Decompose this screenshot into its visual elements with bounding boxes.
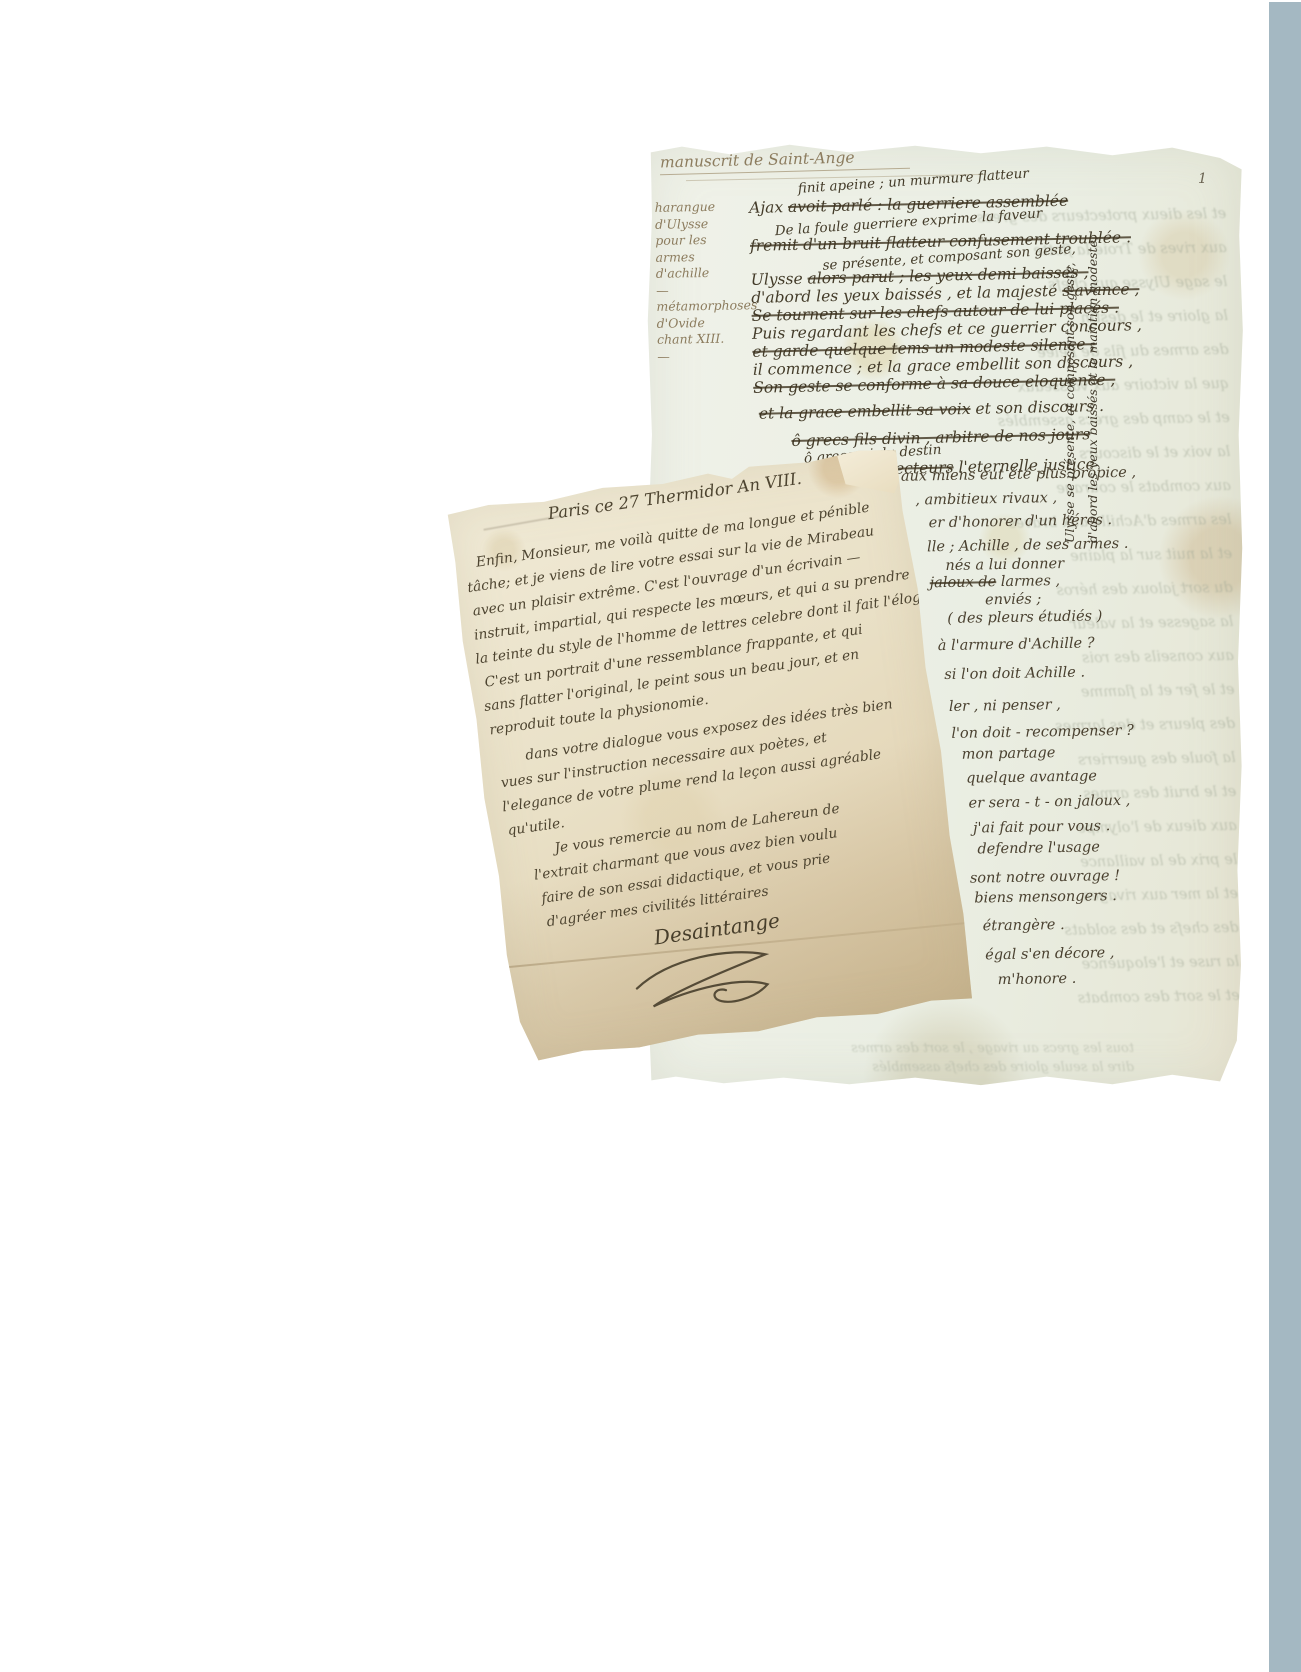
line-part: larmes ,: [996, 573, 1060, 590]
line-part: jaloux de: [930, 574, 997, 591]
line-part: j'ai fait pour vous .: [973, 818, 1111, 836]
line-part: ler , ni penser ,: [949, 697, 1061, 715]
photograph-page: et les dieux protecteurs des grecs aux r…: [0, 0, 1301, 1672]
fragment-line: mon partage: [962, 745, 1056, 763]
fragment-line: defendre l'usage: [977, 839, 1100, 857]
fragment-line: quelque avantage: [966, 768, 1097, 786]
line-part: biens mensongers .: [974, 888, 1117, 906]
fragment-line: ( des pleurs étudiés ): [947, 608, 1102, 627]
signature-flourish-icon: [625, 936, 803, 1031]
fragment-line: à l'armure d'Achille ?: [938, 635, 1095, 654]
line-part: sont notre ouvrage !: [970, 868, 1120, 887]
line-part: si l'on doit Achille .: [944, 665, 1085, 683]
fragment-line: m'honore .: [998, 971, 1077, 988]
line-part: mon partage: [962, 745, 1056, 763]
vertical-note: Ulysse se présente, et composant son ges…: [1058, 198, 1081, 543]
fragment-line: jaloux de larmes ,: [930, 573, 1061, 591]
fragment-line: sont notre ouvrage !: [970, 868, 1120, 887]
line-part: m'honore .: [998, 971, 1077, 988]
line-part: nés a lui donner: [945, 556, 1064, 574]
line-part: enviés ;: [985, 591, 1042, 608]
line-part: égal s'en décore ,: [985, 945, 1114, 963]
fragment-line: l'on doit - recompenser ?: [951, 723, 1134, 742]
fragment-line: si l'on doit Achille .: [944, 665, 1085, 683]
line-part: à l'armure d'Achille ?: [938, 635, 1095, 654]
letter-sheet: Paris ce 27 Thermidor An VIII. Enfin, Mo…: [442, 443, 978, 1068]
fragment-line: étrangère .: [983, 917, 1065, 934]
fragment-line: ler , ni penser ,: [949, 697, 1061, 715]
fragment-line: j'ai fait pour vous .: [973, 818, 1111, 836]
line-part: defendre l'usage: [977, 839, 1100, 857]
vertical-margin-notes: Ulysse se présente, et composant son ges…: [1058, 198, 1104, 543]
line-part: l'on doit - recompenser ?: [951, 723, 1134, 742]
line-part: ( des pleurs étudiés ): [947, 608, 1102, 627]
accent-bar: [1269, 2, 1301, 1672]
vertical-note: d'abord les yeux baissés et le maintien …: [1081, 198, 1104, 543]
fragment-line: biens mensongers .: [974, 888, 1117, 906]
fragment-line: er sera - t - on jaloux ,: [968, 793, 1130, 812]
line-part: , ambitieux rivaux ,: [915, 490, 1057, 508]
line-part: er sera - t - on jaloux ,: [968, 793, 1130, 812]
letter-line: qu'utile.: [507, 815, 566, 839]
line-part: quelque avantage: [966, 768, 1097, 786]
fragment-line: enviés ;: [985, 591, 1042, 608]
fragment-line: , ambitieux rivaux ,: [915, 490, 1057, 508]
line-part: étrangère .: [983, 917, 1065, 934]
fragment-line: nés a lui donner: [945, 556, 1064, 574]
fragment-line: égal s'en décore ,: [985, 945, 1114, 963]
